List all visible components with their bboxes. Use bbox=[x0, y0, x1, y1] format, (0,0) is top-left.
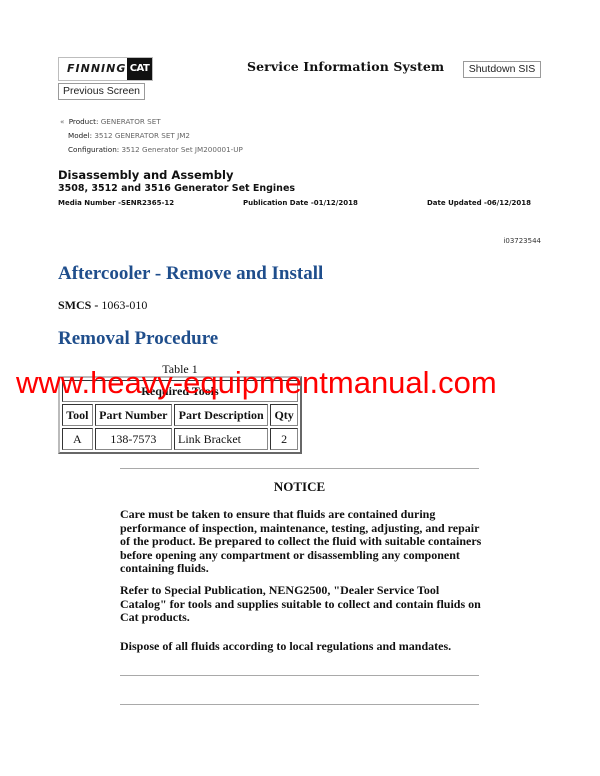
cat-logo-badge: CAT bbox=[127, 58, 152, 80]
system-title: Service Information System bbox=[247, 59, 444, 74]
finning-cat-logo: FINNING CAT bbox=[58, 57, 153, 81]
configuration-label: Configuration: bbox=[68, 145, 119, 154]
divider bbox=[120, 704, 479, 705]
table-header-row: Tool Part Number Part Description Qty bbox=[62, 404, 298, 426]
column-header: Part Number bbox=[95, 404, 172, 426]
notice-paragraph: Dispose of all fluids according to local… bbox=[120, 640, 482, 654]
required-tools-table: Required Tools Tool Part Number Part Des… bbox=[58, 376, 302, 454]
part-description-cell: Link Bracket bbox=[174, 428, 268, 450]
table-caption: Table 1 bbox=[58, 362, 302, 377]
column-header: Tool bbox=[62, 404, 93, 426]
part-number-cell: 138-7573 bbox=[95, 428, 172, 450]
page-title: Aftercooler - Remove and Install bbox=[58, 263, 323, 285]
model-value: 3512 GENERATOR SET JM2 bbox=[94, 131, 190, 140]
media-number: Media Number -SENR2365-12 bbox=[58, 199, 174, 207]
table-title-row: Required Tools bbox=[62, 380, 298, 402]
smcs-label: SMCS - bbox=[58, 298, 98, 312]
notice-title: NOTICE bbox=[120, 479, 479, 495]
breadcrumb-model: Model: 3512 GENERATOR SET JM2 bbox=[60, 129, 243, 143]
document-title: Disassembly and Assembly bbox=[58, 168, 233, 182]
divider bbox=[120, 468, 479, 469]
date-updated: Date Updated -06/12/2018 bbox=[427, 199, 531, 207]
shutdown-sis-button[interactable]: Shutdown SIS bbox=[463, 61, 541, 78]
breadcrumb-product[interactable]: « Product: GENERATOR SET bbox=[60, 115, 243, 129]
product-label: Product: bbox=[69, 117, 99, 126]
notice-paragraph: Care must be taken to ensure that fluids… bbox=[120, 508, 482, 576]
breadcrumb-configuration: Configuration: 3512 Generator Set JM2000… bbox=[60, 143, 243, 157]
table-title: Required Tools bbox=[62, 380, 298, 402]
finning-logo-text: FINNING bbox=[67, 62, 126, 75]
breadcrumb: « Product: GENERATOR SET Model: 3512 GEN… bbox=[60, 115, 243, 157]
divider bbox=[120, 675, 479, 676]
model-label: Model: bbox=[68, 131, 92, 140]
smcs-value: 1063-010 bbox=[101, 298, 147, 312]
column-header: Qty bbox=[270, 404, 298, 426]
notice-paragraph: Refer to Special Publication, NENG2500, … bbox=[120, 584, 482, 625]
configuration-value: 3512 Generator Set JM200001-UP bbox=[121, 145, 242, 154]
column-header: Part Description bbox=[174, 404, 268, 426]
smcs-code: SMCS - 1063-010 bbox=[58, 298, 147, 313]
publication-date: Publication Date -01/12/2018 bbox=[243, 199, 358, 207]
previous-screen-button[interactable]: Previous Screen bbox=[58, 83, 145, 100]
tool-cell: A bbox=[62, 428, 93, 450]
qty-cell: 2 bbox=[270, 428, 298, 450]
section-heading: Removal Procedure bbox=[58, 328, 218, 350]
product-value: GENERATOR SET bbox=[101, 117, 161, 126]
document-id: i03723544 bbox=[503, 237, 541, 245]
table-row: A 138-7573 Link Bracket 2 bbox=[62, 428, 298, 450]
document-subtitle: 3508, 3512 and 3516 Generator Set Engine… bbox=[58, 183, 295, 194]
double-chevron-left-icon[interactable]: « bbox=[60, 117, 64, 126]
